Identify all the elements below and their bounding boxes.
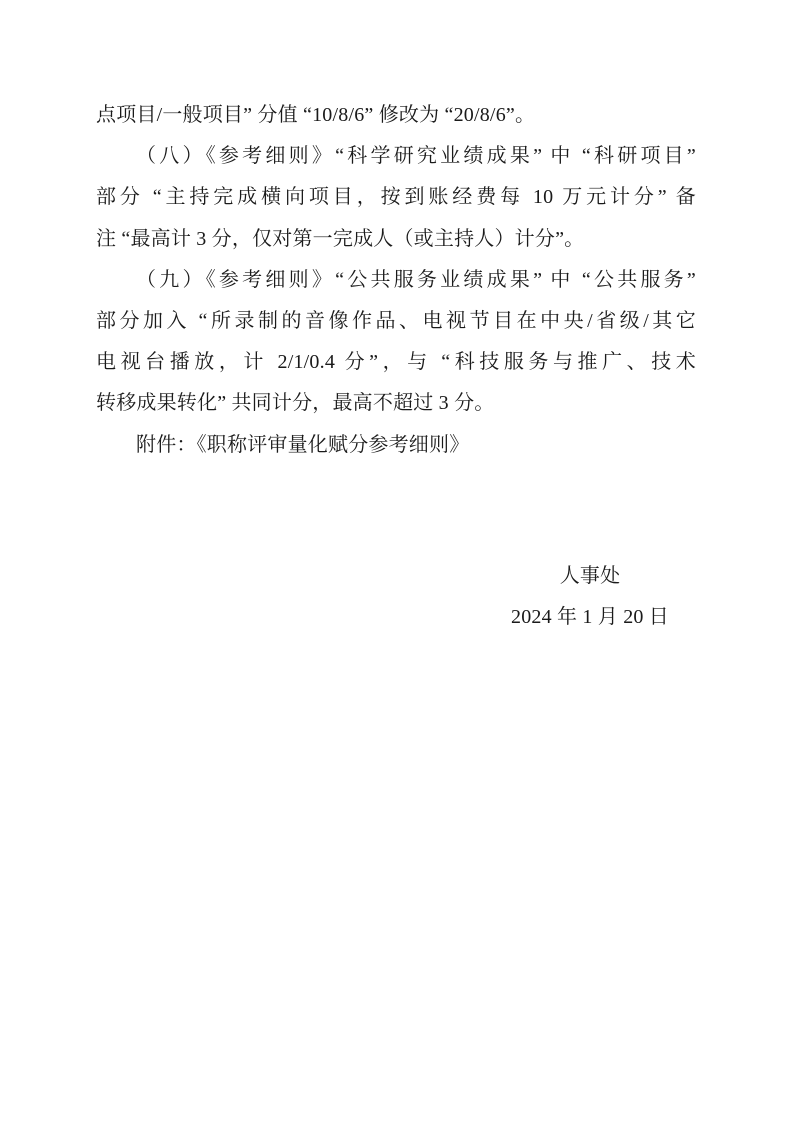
body-line: 部分加入 “所录制的音像作品、电视节目在中央/省级/其它 xyxy=(96,301,696,342)
body-line: 点项目/一般项目” 分值 “10/8/6” 修改为 “20/8/6”。 xyxy=(96,95,696,136)
signature-date: 2024 年 1 月 20 日 xyxy=(490,597,690,638)
signature-block: 人事处 2024 年 1 月 20 日 xyxy=(490,556,690,638)
body-line: （九）《参考细则》“公共服务业绩成果” 中 “公共服务” xyxy=(96,260,696,301)
attachment-line: 附件：《职称评审量化赋分参考细则》 xyxy=(96,425,696,466)
body-line: 转移成果转化” 共同计分，最高不超过 3 分。 xyxy=(96,383,696,424)
body-line: （八）《参考细则》“科学研究业绩成果” 中 “科研项目” xyxy=(96,136,696,177)
signature-department: 人事处 xyxy=(490,556,690,597)
document-body: 点项目/一般项目” 分值 “10/8/6” 修改为 “20/8/6”。 （八）《… xyxy=(96,95,696,466)
body-line: 电视台播放，计 2/1/0.4 分”，与 “科技服务与推广、技术 xyxy=(96,342,696,383)
document-page: 点项目/一般项目” 分值 “10/8/6” 修改为 “20/8/6”。 （八）《… xyxy=(0,0,793,1122)
body-line: 部分 “主持完成横向项目，按到账经费每 10 万元计分” 备 xyxy=(96,177,696,218)
body-line: 注 “最高计 3 分，仅对第一完成人（或主持人）计分”。 xyxy=(96,219,696,260)
